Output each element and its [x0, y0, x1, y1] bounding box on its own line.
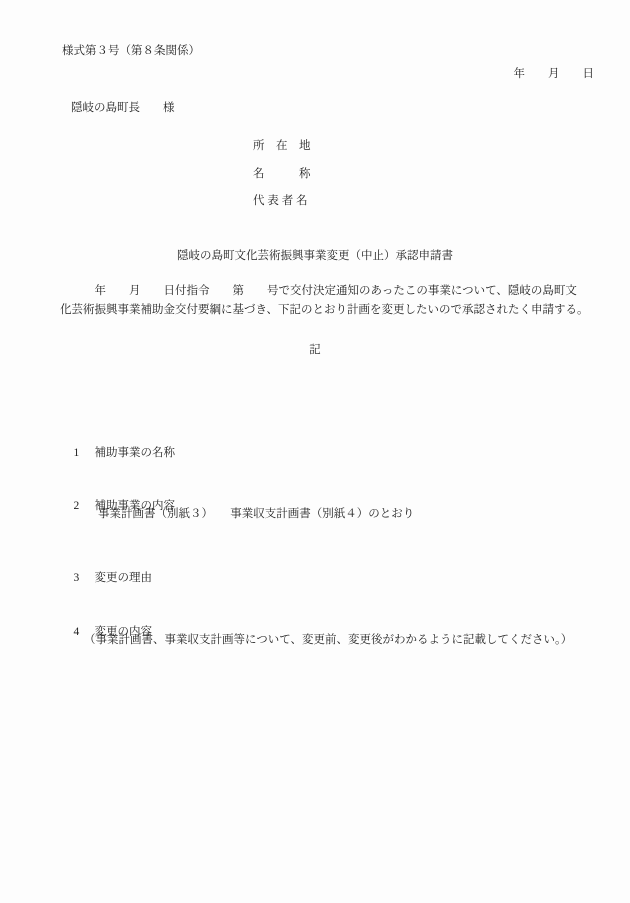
body-paragraph-line-2: 化芸術振興事業補助金交付要綱に基づき、下記のとおり計画を変更したいので承認された… [60, 305, 589, 317]
record-marker: 記 [0, 345, 630, 357]
list-item-3-label: 変更の理由 [95, 572, 153, 584]
list-item-2-note: 事業計画書（別紙３） 事業収支計画書（別紙４）のとおり [98, 509, 414, 521]
list-item-4-note: （事業計画書、事業収支計画等について、変更前、変更後がわかるように記載してくださ… [84, 635, 572, 647]
date-blank-line: 年 月 日 [514, 69, 595, 81]
list-item-3: 3変更の理由 [62, 561, 152, 596]
body-paragraph-line-1: 年 月 日付指令 第 号で交付決定通知のあったこの事業について、隠岐の島町文 [60, 286, 577, 298]
document-page: 様式第３号（第８条関係） 年 月 日 隠岐の島町長 様 所 在 地 名 称 代 … [0, 0, 630, 903]
list-item-2-number: 2 [74, 501, 95, 513]
addressee-line: 隠岐の島町長 様 [71, 103, 175, 115]
submitter-representative-label: 代 表 者 名 [253, 196, 308, 208]
form-number: 様式第３号（第８条関係） [62, 46, 200, 58]
list-item-1-number: 1 [74, 448, 95, 460]
list-item-1: 1補助事業の名称 [62, 436, 175, 471]
document-title: 隠岐の島町文化芸術振興事業変更（中止）承認申請書 [0, 251, 630, 263]
list-item-1-label: 補助事業の名称 [95, 447, 176, 459]
submitter-location-label: 所 在 地 [253, 141, 311, 153]
submitter-name-label: 名 称 [253, 169, 311, 181]
list-item-3-number: 3 [74, 573, 95, 585]
